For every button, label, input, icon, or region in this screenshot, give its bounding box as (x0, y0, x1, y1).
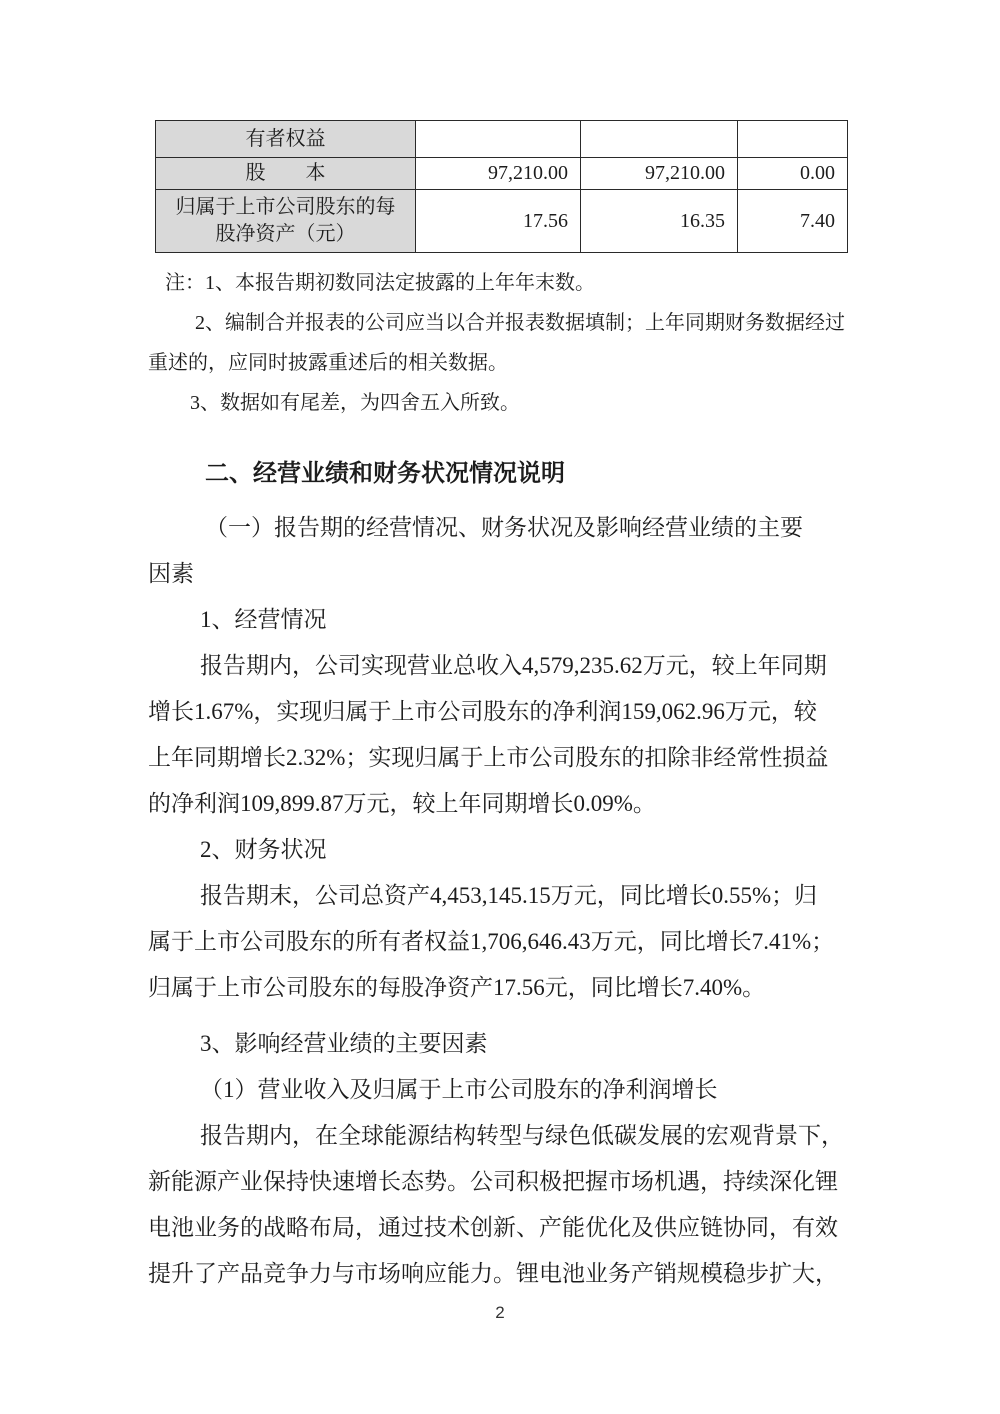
page-number: 2 (0, 1303, 1000, 1323)
item2-paragraph: 报告期末，公司总资产4,453,145.15万元，同比增长0.55%；归 属于上… (148, 873, 855, 1011)
financial-table: 有者权益 股 本 97,210.00 97,210.00 0.00 归属于上市公… (155, 120, 848, 253)
table-cell-value: 97,210.00 (581, 158, 738, 190)
table-cell-label: 股 本 (156, 158, 416, 190)
note-1: 注：1、本报告期初数同法定披露的上年年末数。 (148, 263, 855, 303)
table-cell-value (416, 121, 581, 158)
section-heading: 二、经营业绩和财务状况情况说明 (148, 451, 855, 497)
table-cell-label: 归属于上市公司股东的每 股净资产（元） (156, 190, 416, 253)
item3-title: 3、影响经营业绩的主要因素 (148, 1021, 855, 1067)
item3-paragraph: 报告期内，在全球能源结构转型与绿色低碳发展的宏观背景下， 新能源产业保持快速增长… (148, 1113, 855, 1297)
document-page: 有者权益 股 本 97,210.00 97,210.00 0.00 归属于上市公… (0, 0, 1000, 1414)
table-cell-value: 97,210.00 (416, 158, 581, 190)
item1-title: 1、经营情况 (148, 597, 855, 643)
table-cell-value: 7.40 (738, 190, 848, 253)
table-cell-label: 有者权益 (156, 121, 416, 158)
item2-title: 2、财务状况 (148, 827, 855, 873)
subsection-heading: （一）报告期的经营情况、财务状况及影响经营业绩的主要 因素 (148, 505, 855, 597)
item3-subtitle: （1）营业收入及归属于上市公司股东的净利润增长 (148, 1067, 855, 1113)
table-row-share-capital: 股 本 97,210.00 97,210.00 0.00 (156, 158, 848, 190)
table-row-equity: 有者权益 (156, 121, 848, 158)
table-cell-value (738, 121, 848, 158)
table-cell-value: 17.56 (416, 190, 581, 253)
table-row-net-assets-per-share: 归属于上市公司股东的每 股净资产（元） 17.56 16.35 7.40 (156, 190, 848, 253)
note-3: 3、数据如有尾差，为四舍五入所致。 (148, 383, 855, 423)
note-2: 2、编制合并报表的公司应当以合并报表数据填制；上年同期财务数据经过 重述的，应同… (148, 303, 855, 383)
table-cell-value: 0.00 (738, 158, 848, 190)
document-content: 有者权益 股 本 97,210.00 97,210.00 0.00 归属于上市公… (148, 0, 855, 1297)
item1-paragraph: 报告期内，公司实现营业总收入4,579,235.62万元，较上年同期 增长1.6… (148, 643, 855, 827)
table-cell-value: 16.35 (581, 190, 738, 253)
table-cell-value (581, 121, 738, 158)
